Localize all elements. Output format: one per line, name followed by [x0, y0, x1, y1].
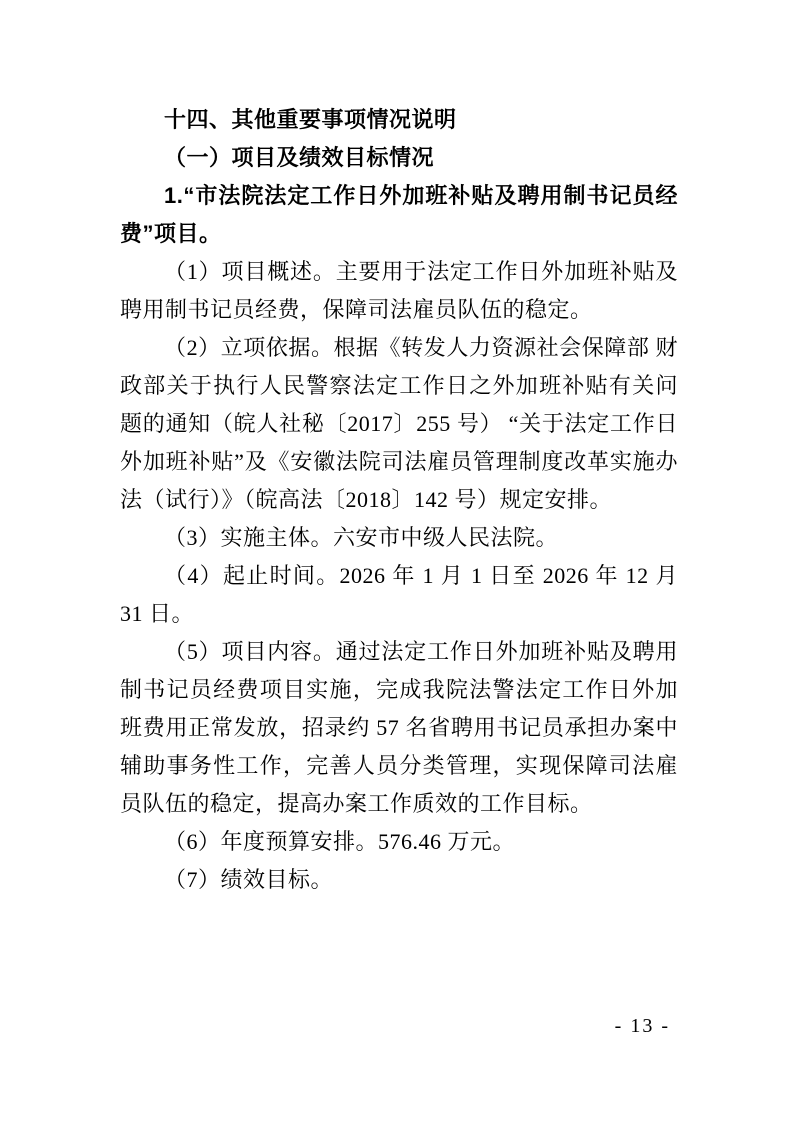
paragraph: （7）绩效目标。 [120, 861, 678, 899]
document-content: 十四、其他重要事项情况说明 （一）项目及绩效目标情况 1.“市法院法定工作日外加… [120, 101, 678, 899]
paragraph-list: （1）项目概述。主要用于法定工作日外加班补贴及聘用制书记员经费，保障司法雇员队伍… [120, 253, 678, 899]
paragraph: （6）年度预算安排。576.46 万元。 [120, 823, 678, 861]
project-title: 1.“市法院法定工作日外加班补贴及聘用制书记员经费”项目。 [120, 177, 678, 253]
page-number: - 13 - [615, 1015, 670, 1038]
paragraph: （1）项目概述。主要用于法定工作日外加班补贴及聘用制书记员经费，保障司法雇员队伍… [120, 253, 678, 329]
paragraph: （4）起止时间。2026 年 1 月 1 日至 2026 年 12 月 31 日… [120, 557, 678, 633]
subsection-heading: （一）项目及绩效目标情况 [120, 139, 678, 177]
paragraph: （2）立项依据。根据《转发人力资源社会保障部 财政部关于执行人民警察法定工作日之… [120, 329, 678, 519]
section-heading: 十四、其他重要事项情况说明 [120, 101, 678, 139]
document-page: 十四、其他重要事项情况说明 （一）项目及绩效目标情况 1.“市法院法定工作日外加… [0, 0, 793, 1122]
paragraph: （5）项目内容。通过法定工作日外加班补贴及聘用制书记员经费项目实施，完成我院法警… [120, 633, 678, 823]
paragraph: （3）实施主体。六安市中级人民法院。 [120, 519, 678, 557]
